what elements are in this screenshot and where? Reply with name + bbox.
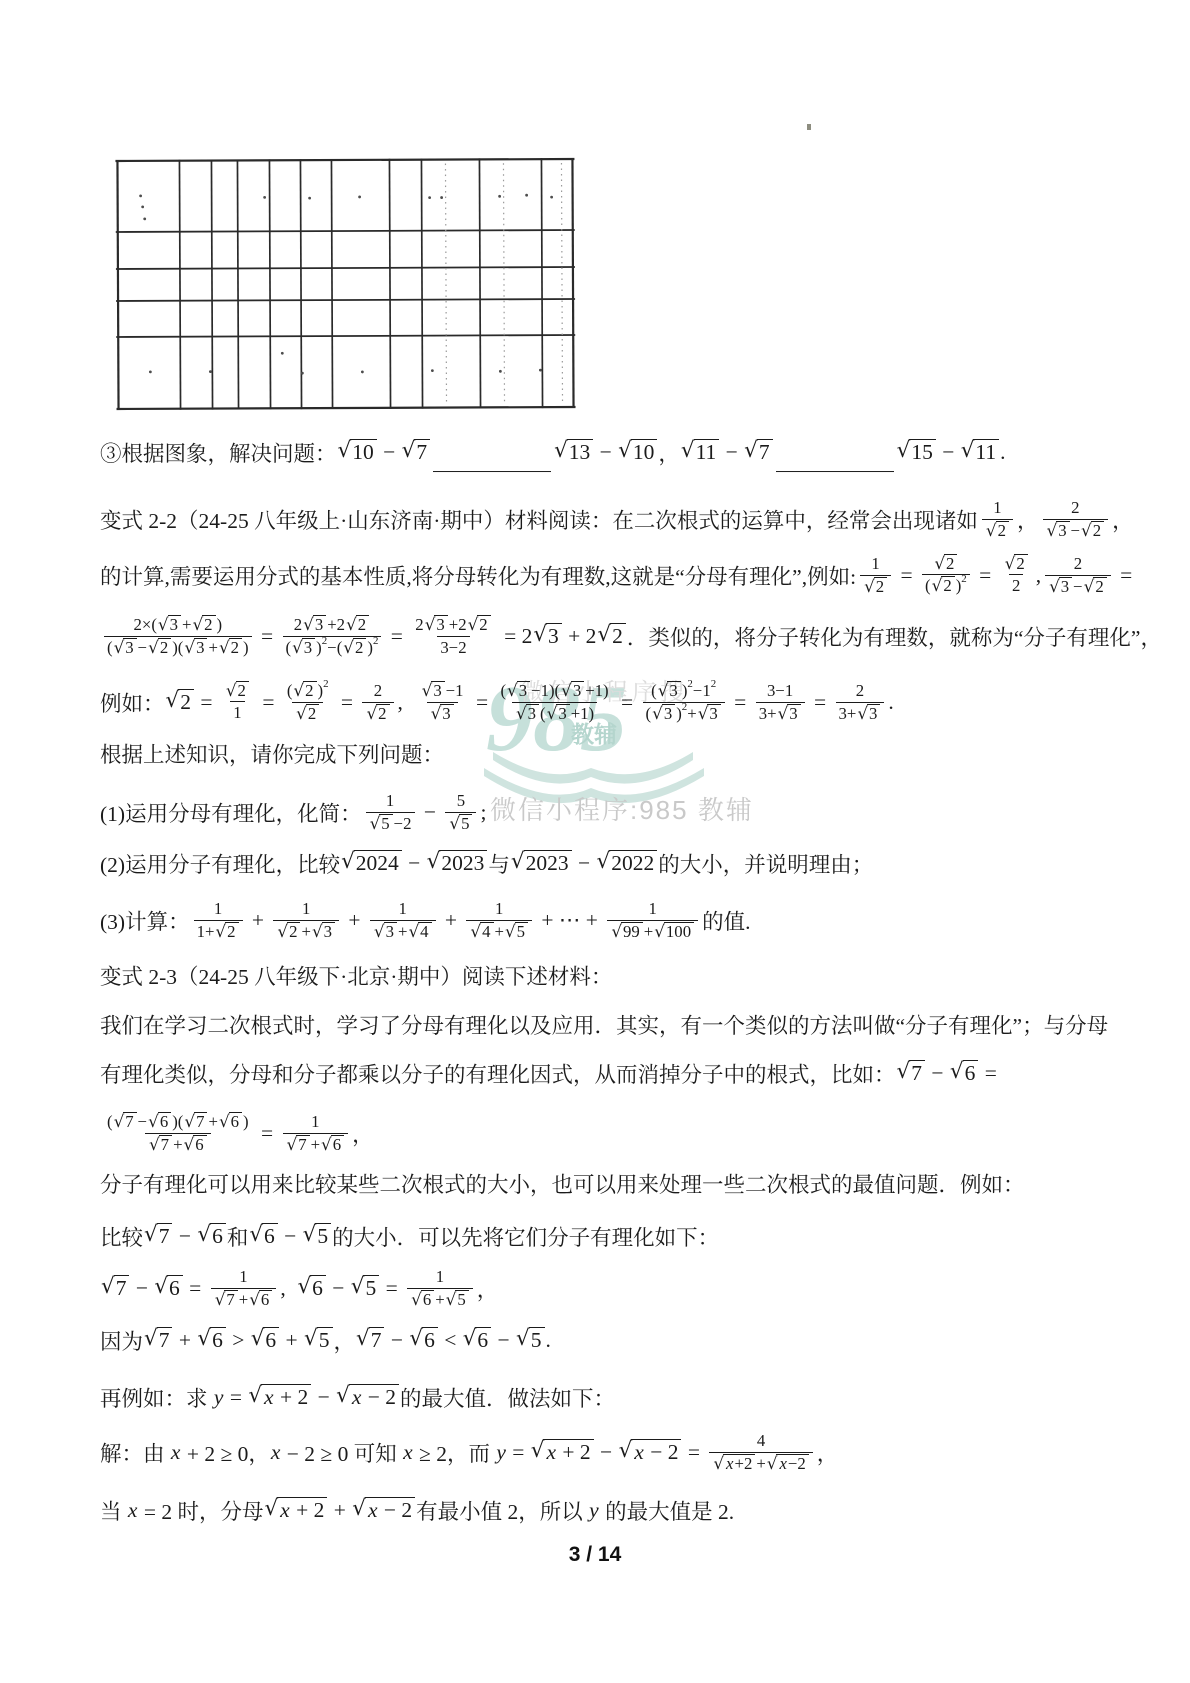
radical: √10: [338, 439, 377, 464]
content-line-1: ③根据图象，解决问题：√10 − √7√13 − √10，√11 − √7√15…: [100, 426, 1006, 478]
radical: √3: [1047, 521, 1070, 541]
fraction: 3−13+√3: [756, 681, 805, 724]
radical: √4: [470, 922, 493, 942]
fraction: 1√2: [860, 554, 891, 597]
fraction: 1√5−2: [366, 791, 415, 834]
radical: √2: [192, 615, 215, 635]
radical: √2: [226, 681, 249, 701]
radical: √2023: [427, 850, 488, 875]
grid-line: [561, 163, 562, 404]
radical: √3: [1049, 577, 1072, 597]
radical: √6: [321, 1135, 344, 1155]
radical: √3: [778, 704, 801, 724]
radical: √x + 2: [531, 1439, 594, 1464]
scan-noise-dot: [308, 197, 311, 200]
radical: √2: [277, 922, 300, 942]
radical: √6: [249, 1223, 277, 1248]
scan-noise-dot: [141, 205, 144, 208]
fraction: 2√3+2√2(√3)2−(√2)2: [283, 615, 382, 658]
grid-line: [116, 267, 575, 269]
fraction: 1√7+√6: [283, 1112, 349, 1155]
radical: √6: [411, 1290, 434, 1310]
grid-line: [479, 158, 480, 408]
radical: √x−2: [767, 1454, 809, 1474]
radical: √2: [166, 689, 194, 714]
radical: √2: [1005, 554, 1028, 574]
grid-line: [237, 159, 238, 409]
answer-blank: [776, 450, 894, 473]
scan-noise-dot: [281, 352, 284, 355]
radical: √5: [449, 814, 472, 834]
radical: √6: [184, 1135, 207, 1155]
grid-line: [116, 335, 575, 337]
radical: √x + 2: [264, 1497, 327, 1522]
radical: √7: [402, 439, 430, 464]
grid-line: [117, 160, 118, 410]
radical: √6: [463, 1327, 491, 1352]
content-line-4: 2×(√3+√2)(√3−√2)(√3+√2) = 2√3+2√2(√3)2−(…: [100, 610, 1162, 662]
fraction: √3−1√3: [418, 681, 467, 724]
radical: √2024: [341, 850, 402, 875]
scan-noise-dot: [149, 370, 152, 373]
content-line-13: (√7−√6)(√7+√6)√7+√6 = 1√7+√6，: [100, 1107, 374, 1159]
radical: √5: [446, 1290, 469, 1310]
radical: √2: [468, 615, 491, 635]
fraction: 2√3−√2: [1043, 498, 1109, 541]
radical: √2: [293, 681, 316, 701]
grid-line: [389, 159, 390, 409]
scan-noise-dot: [143, 217, 146, 220]
fraction: (√3−1)(√3+1)√3(√3+1): [497, 681, 611, 724]
radical: √6: [154, 1275, 182, 1300]
radical: √3: [533, 623, 561, 648]
radical: √7: [184, 1112, 207, 1132]
radical: √6: [197, 1223, 225, 1248]
radical: √2: [934, 554, 957, 574]
radical: √15: [897, 439, 936, 464]
radical: √7: [744, 439, 772, 464]
radical: √5: [516, 1327, 544, 1352]
scan-noise-dot: [209, 370, 212, 373]
content-line-19: 解：由 x + 2 ≥ 0，x − 2 ≥ 0 可知 x ≥ 2，而 y = √…: [100, 1426, 838, 1478]
radical: √2: [219, 638, 242, 658]
radical: √2023: [511, 850, 572, 875]
grid-line: [300, 159, 301, 409]
content-line-14: 分子有理化可以用来比较某些二次根式的大小，也可以用来处理一些二次根式的最值问题．…: [100, 1157, 1025, 1209]
fraction: 4√x+2+√x−2: [709, 1431, 812, 1474]
scan-noise-dot: [301, 372, 304, 375]
book-swoosh-upper: [493, 752, 693, 784]
radical: √6: [249, 1290, 272, 1310]
radical: √2: [296, 704, 319, 724]
fraction: 2×(√3+√2)(√3−√2)(√3+√2): [104, 615, 252, 658]
content-line-9: (3)计算：11+√2 + 1√2+√3 + 1√3+√4 + 1√4+√5 +…: [100, 894, 750, 946]
radical: √7: [144, 1223, 172, 1248]
content-line-11: 我们在学习二次根式时，学习了分母有理化以及应用．其实，有一个类似的方法叫做“分子…: [100, 998, 1108, 1050]
fraction: √21: [222, 681, 253, 724]
grid-line: [115, 159, 574, 161]
fraction: √22: [1001, 554, 1032, 597]
fraction: (√2)2√2: [284, 681, 332, 724]
radical: √6: [251, 1327, 279, 1352]
radical: √3: [158, 615, 181, 635]
radical: √3: [698, 704, 721, 724]
grid-line: [117, 407, 576, 409]
scan-noise-dot: [440, 196, 443, 199]
fraction: 1√2: [982, 498, 1013, 541]
grid-line: [116, 230, 575, 232]
scan-noise-dot: [525, 194, 528, 197]
radical: √100: [654, 922, 694, 942]
radical: √2: [932, 576, 955, 596]
radical: √5: [370, 814, 393, 834]
fraction: (√3)2−12(√3)2+√3: [643, 681, 725, 724]
fraction: 11+√2: [194, 899, 243, 942]
content-line-2: 变式 2-2（24-25 八年级上·山东济南·期中）材料阅读：在二次根式的运算中…: [100, 493, 1134, 545]
radical: √6: [950, 1060, 978, 1085]
radical: √x − 2: [352, 1497, 415, 1522]
radical: √7: [144, 1327, 172, 1352]
radical: √10: [618, 439, 657, 464]
radical: √3: [516, 704, 539, 724]
scan-noise-dot: [263, 196, 266, 199]
radical: √6: [148, 1112, 171, 1132]
grid-line: [421, 159, 422, 409]
scan-speck: [807, 124, 811, 130]
radical: √2: [148, 638, 171, 658]
grid-line: [572, 158, 573, 408]
fraction: √2(√2)2: [922, 554, 970, 597]
fraction: 1√3+√4: [370, 899, 436, 942]
scan-noise-dot: [498, 195, 501, 198]
radical: √x+2: [713, 1454, 755, 1474]
radical: √4: [408, 922, 431, 942]
content-line-3: 的计算,需要运用分式的基本性质,将分母转化为有理数,这就是“分母有理化”,例如:…: [100, 549, 1132, 601]
grid-line: [179, 160, 180, 410]
content-line-5: 例如：√2 = √21 = (√2)2√2 = 2√2, √3−1√3 = (√…: [100, 676, 894, 728]
fraction: 2√2: [362, 681, 393, 724]
fraction: 1√7+√6: [211, 1267, 277, 1310]
radical: √2: [346, 615, 369, 635]
fraction: (√7−√6)(√7+√6)√7+√6: [104, 1112, 252, 1155]
radical: √7: [287, 1135, 310, 1155]
radical: √7: [356, 1327, 384, 1352]
scan-noise-dot: [358, 196, 361, 199]
radical: √2: [1084, 577, 1107, 597]
radical: √6: [219, 1112, 242, 1132]
radical: √3: [431, 704, 454, 724]
fraction: 1√4+√5: [466, 899, 532, 942]
scan-noise-dot: [431, 369, 434, 372]
radical: √3: [561, 681, 584, 701]
radical: √3: [658, 681, 681, 701]
radical: √3: [425, 615, 448, 635]
scan-noise-dot: [361, 371, 364, 374]
radical: √3: [292, 638, 315, 658]
content-line-7: (1)运用分母有理化，化简：1√5−2 − 5√5;: [100, 786, 486, 838]
scan-noise-dot: [428, 196, 431, 199]
radical: √2: [864, 577, 887, 597]
content-line-8: (2)运用分子有理化，比较√2024 − √2023与√2023 − √2022…: [100, 837, 873, 889]
fraction: 1√99+√100: [607, 899, 698, 942]
radical: √2: [215, 922, 238, 942]
grid-figure-svg: [111, 149, 578, 417]
radical: √3: [374, 922, 397, 942]
fraction: 1√6+√5: [407, 1267, 473, 1310]
radical: √5: [505, 922, 528, 942]
radical: √x + 2: [248, 1384, 311, 1409]
radical: √5: [303, 1223, 331, 1248]
scan-noise-dot: [139, 194, 142, 197]
grid-figure: [111, 149, 578, 422]
grid-line: [331, 159, 332, 409]
content-line-17: 因为√7 + √6 > √6 + √5，√7 − √6 < √6 − √5.: [100, 1314, 551, 1366]
radical: √7: [215, 1290, 238, 1310]
radical: √3: [184, 638, 207, 658]
radical: √6: [197, 1327, 225, 1352]
radical: √5: [304, 1327, 332, 1352]
radical: √2: [597, 623, 625, 648]
radical: √7: [149, 1135, 172, 1155]
content-line-12: 有理化类似，分母和分子都乘以分子的有理化因式，从而消掉分子中的根式，比如：√7 …: [100, 1047, 997, 1099]
answer-blank: [433, 450, 551, 473]
fraction: 2√3+2√23−2: [412, 615, 494, 658]
scan-noise-dot: [499, 370, 502, 373]
content-line-18: 再例如：求 y = √x + 2 − √x − 2的最大值．做法如下：: [100, 1371, 615, 1423]
radical: √2: [343, 638, 366, 658]
radical: √11: [961, 439, 999, 464]
page-number: 3 / 14: [0, 1543, 1190, 1567]
watermark-wechat-text: 微信小程序:985 教辅: [490, 790, 754, 827]
content-line-15: 比较√7 − √6和√6 − √5的大小．可以先将它们分子有理化如下：: [100, 1210, 719, 1262]
radical: √3: [652, 704, 675, 724]
radical: √7: [114, 1112, 137, 1132]
radical: √5: [351, 1275, 379, 1300]
fraction: 2√3−√2: [1045, 554, 1111, 597]
radical: √2022: [596, 850, 657, 875]
content-line-16: √7 − √6 = 1√7+√6, √6 − √5 = 1√6+√5，: [100, 1262, 498, 1314]
radical: √13: [554, 439, 593, 464]
radical: √2: [366, 704, 389, 724]
fraction: 5√5: [445, 791, 476, 834]
scan-noise-dot: [550, 196, 553, 199]
content-line-6: 根据上述知识，请你完成下列问题：: [100, 727, 444, 779]
radical: √7: [897, 1060, 925, 1085]
radical: √6: [409, 1327, 437, 1352]
radical: √6: [297, 1275, 325, 1300]
radical: √3: [547, 704, 570, 724]
content-line-20: 当 x = 2 时，分母√x + 2 + √x − 2有最小值 2，所以 y 的…: [100, 1484, 734, 1536]
radical: √3: [312, 922, 335, 942]
radical: √3: [507, 681, 530, 701]
radical: √3: [114, 638, 137, 658]
radical: √3: [422, 681, 445, 701]
radical: √x − 2: [619, 1439, 682, 1464]
radical: √2: [986, 521, 1009, 541]
grid-line: [503, 163, 504, 404]
radical: √11: [681, 439, 719, 464]
radical: √2: [1081, 521, 1104, 541]
radical: √99: [611, 922, 642, 942]
radical: √x − 2: [336, 1384, 399, 1409]
grid-line: [445, 164, 446, 405]
radical: √7: [101, 1275, 129, 1300]
grid-line: [116, 299, 575, 301]
scan-noise-dot: [539, 369, 542, 372]
content-line-10: 变式 2-3（24-25 八年级下·北京·期中）阅读下述材料：: [100, 949, 612, 1001]
radical: √3: [303, 615, 326, 635]
fraction: 1√2+√3: [273, 899, 339, 942]
radical: √3: [857, 704, 880, 724]
fraction: 23+√3: [836, 681, 885, 724]
grid-line: [269, 159, 270, 409]
